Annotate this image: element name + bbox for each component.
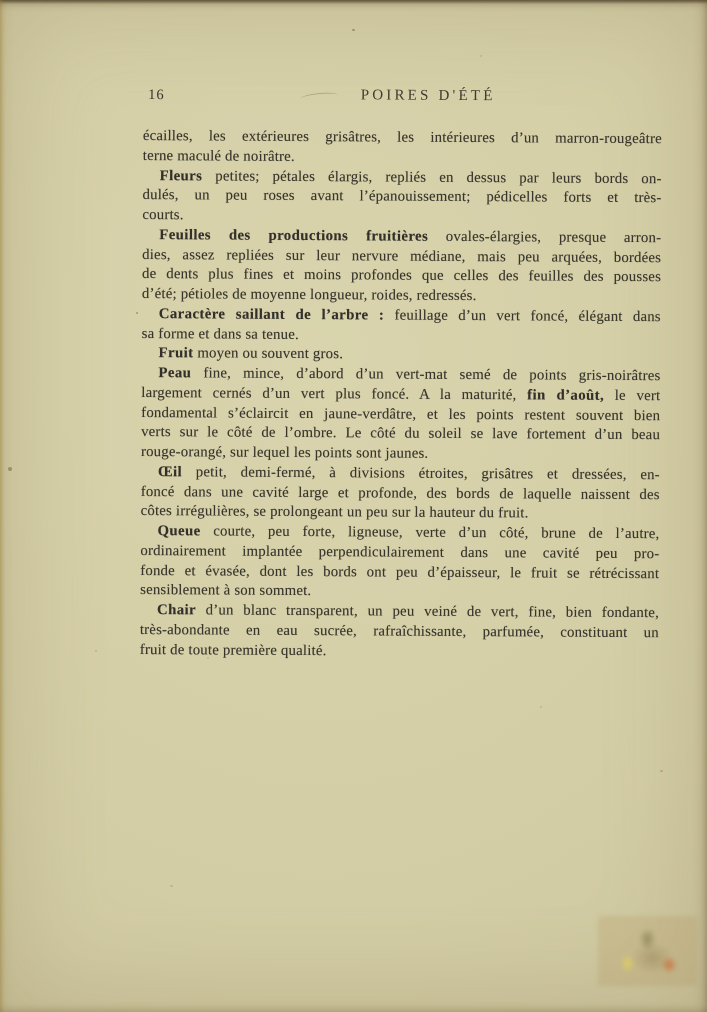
lead-word: Feuilles des productions fruitières — [159, 227, 428, 245]
text-line: Feuilles des productions fruitières oval… — [142, 226, 661, 249]
lead-word: Caractère saillant de l’arbre : — [159, 306, 385, 323]
text-run: courts. — [142, 207, 183, 223]
text-run: sensiblement à son sommet. — [140, 582, 311, 599]
text-line: terne maculé de noirâtre. — [143, 147, 662, 170]
paper-speck — [660, 770, 663, 772]
text-line: Caractère saillant de l’arbre : feuillag… — [142, 305, 661, 328]
text-run: écailles, les extérieures grisâtres, les… — [143, 128, 662, 147]
text-run: fine, mince, d’abord d’un vert-mat semé … — [191, 365, 660, 384]
text-run: verts sur le côté de l’ombre. Le côté du… — [141, 424, 660, 443]
book-page: 16 POIRES D'ÉTÉ écailles, les extérieure… — [0, 0, 707, 1012]
lead-word: Chair — [157, 602, 196, 618]
text-run: fondamental s’éclaircit en jaune-verdâtr… — [141, 405, 660, 424]
paper-speck — [95, 650, 97, 652]
paper-speck — [540, 706, 542, 708]
page-number: 16 — [148, 87, 165, 104]
paper-speck — [625, 180, 627, 182]
text-run: d’un blanc transparent, un peu veiné de … — [196, 602, 659, 621]
paragraph: Fleurs petites; pétales élargis, repliés… — [142, 167, 661, 229]
text-line: largement cernés d’un vert plus foncé. A… — [141, 384, 660, 407]
paragraph: Chair d’un blanc transparent, un peu vei… — [140, 601, 659, 663]
text-run: très-abondante en eau sucrée, rafraîchis… — [140, 622, 659, 641]
text-run: le vert — [604, 388, 660, 404]
paragraph: Queue courte, peu forte, ligneuse, verte… — [140, 522, 659, 604]
text-run: courte, peu forte, ligneuse, verte d’un … — [201, 523, 660, 542]
text-line: ordinairement implantée perpendiculairem… — [140, 542, 659, 565]
text-run: fruit de toute première qualité. — [140, 642, 327, 659]
text-line: très-abondante en eau sucrée, rafraîchis… — [140, 621, 659, 644]
text-run: petites; pétales élargis, repliés en des… — [202, 168, 661, 187]
text-run: rouge-orangé, sur lequel les points sont… — [141, 444, 428, 462]
running-header-title: POIRES D'ÉTÉ — [361, 87, 496, 105]
paragraph: Peau fine, mince, d’abord d’un vert-mat … — [141, 364, 661, 466]
text-run: moyen ou souvent gros. — [193, 346, 343, 363]
showthrough-artifact — [598, 916, 697, 986]
text-line: fruit de toute première qualité. — [140, 641, 659, 664]
text-run: sa forme et dans sa tenue. — [142, 326, 299, 343]
paragraph: Feuilles des productions fruitières oval… — [142, 226, 661, 308]
paragraph: Caractère saillant de l’arbre : feuillag… — [142, 305, 661, 348]
text-run: dies, assez repliées sur leur nervure mé… — [142, 247, 661, 266]
paper-speck — [170, 885, 173, 887]
lead-word: Œil — [158, 464, 182, 480]
text-run: terne maculé de noirâtre. — [143, 148, 295, 165]
text-run: largement cernés d’un vert plus foncé. A… — [141, 385, 527, 403]
text-run: d’été; pétioles de moyenne longueur, roi… — [142, 286, 477, 304]
text-run: feuillage d’un vert foncé, élégant dans — [384, 307, 661, 325]
text-line: Œil petit, demi-fermé, à divisions étroi… — [141, 463, 660, 486]
text-run: foncé dans une cavité large et profonde,… — [141, 484, 660, 503]
paper-speck — [207, 657, 209, 659]
paragraph: écailles, les extérieures grisâtres, les… — [143, 127, 662, 170]
text-run: ordinairement implantée perpendiculairem… — [140, 543, 659, 562]
paper-speck — [8, 467, 12, 471]
pencil-scratch-mark — [300, 91, 339, 103]
scanned-content: 16 POIRES D'ÉTÉ écailles, les extérieure… — [0, 0, 707, 1012]
text-run: côtes irrégulières, se prolongeant un pe… — [141, 503, 529, 521]
text-run: ovales-élargies, presque arron- — [428, 229, 661, 246]
text-run: de dents plus fines et moins profondes q… — [142, 266, 661, 285]
paragraph: Œil petit, demi-fermé, à divisions étroi… — [141, 463, 660, 525]
text-run: petit, demi-fermé, à divisions étroites,… — [182, 464, 660, 483]
text-line: dulés, un peu roses avant l’épanouisseme… — [142, 186, 661, 209]
text-run: dulés, un peu roses avant l’épanouisseme… — [142, 187, 661, 206]
paper-speck — [480, 55, 482, 57]
lead-word: Peau — [158, 365, 191, 381]
text-run: fonde et évasée, dont les bords ont peu … — [140, 563, 659, 582]
body-text: écailles, les extérieures grisâtres, les… — [140, 127, 662, 663]
lead-word: Queue — [157, 523, 200, 539]
lead-word: fin d’août, — [527, 387, 604, 403]
paper-speck — [136, 312, 138, 314]
lead-word: Fruit — [159, 345, 194, 361]
paper-speck — [352, 29, 355, 31]
lead-word: Fleurs — [160, 168, 203, 184]
